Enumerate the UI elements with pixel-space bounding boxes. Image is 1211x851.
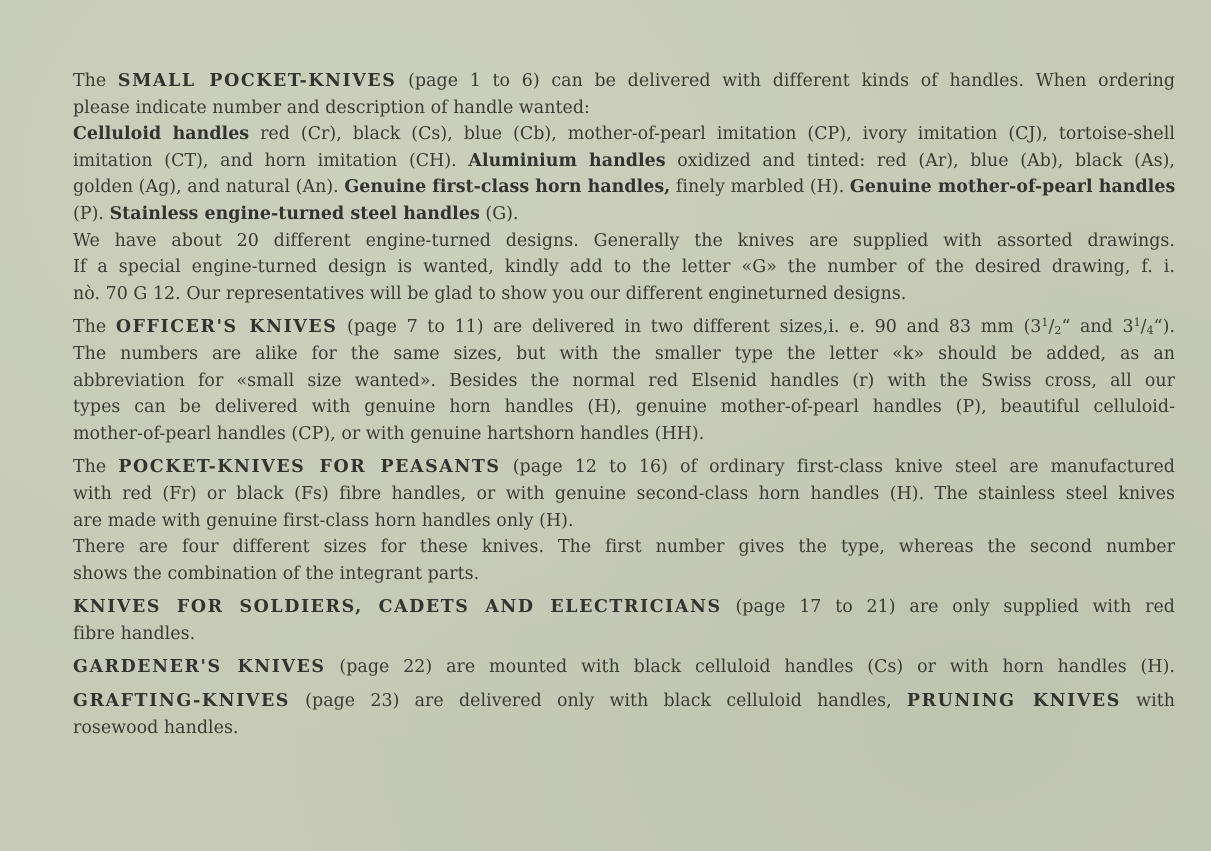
text-line: There are four different sizes for these… <box>73 534 1175 561</box>
text-line: The SMALL POCKET-KNIVES (page 1 to 6) ca… <box>73 68 1175 95</box>
paragraph-small-pocket-knives: The SMALL POCKET-KNIVES (page 1 to 6) ca… <box>73 68 1175 307</box>
text-line: KNIVES FOR SOLDIERS, CADETS AND ELECTRIC… <box>73 594 1175 621</box>
text-line: golden (Ag), and natural (An). Genuine f… <box>73 174 1175 201</box>
text-line: We have about 20 different engine-turned… <box>73 228 1175 255</box>
section-heading-pocket-knives-peasants: POCKET-KNIVES FOR PEASANTS <box>118 457 500 477</box>
paragraph-gardeners-knives: GARDENER'S KNIVES (page 22) are mounted … <box>73 654 1175 681</box>
text-line: If a special engine-turned design is wan… <box>73 254 1175 281</box>
paragraph-officers-knives: The OFFICER'S KNIVES (page 7 to 11) are … <box>73 314 1175 447</box>
text-line: Celluloid handles red (Cr), black (Cs), … <box>73 121 1175 148</box>
text-line: mother-of-pearl handles (CP), or with ge… <box>73 421 1175 448</box>
text-line: shows the combination of the integrant p… <box>73 561 1175 588</box>
section-heading-gardeners-knives: GARDENER'S KNIVES <box>73 657 326 677</box>
text-line: imitation (CT), and horn imitation (CH).… <box>73 148 1175 175</box>
body-text: The SMALL POCKET-KNIVES (page 1 to 6) ca… <box>73 68 1175 741</box>
text-line: abbreviation for «small size wanted». Be… <box>73 368 1175 395</box>
text-line: rosewood handles. <box>73 715 1175 742</box>
text-line: are made with genuine first-class horn h… <box>73 508 1175 535</box>
text-line: The OFFICER'S KNIVES (page 7 to 11) are … <box>73 314 1175 341</box>
paragraph-grafting-knives: GRAFTING-KNIVES (page 23) are delivered … <box>73 688 1175 741</box>
text-line: nò. 70 G 12. Our representatives will be… <box>73 281 1175 308</box>
section-heading-pruning-knives: PRUNING KNIVES <box>907 691 1121 711</box>
text-line: (P). Stainless engine-turned steel handl… <box>73 201 1175 228</box>
section-heading-soldiers-knives: KNIVES FOR SOLDIERS, CADETS AND ELECTRIC… <box>73 597 722 617</box>
text-line: with red (Fr) or black (Fs) fibre handle… <box>73 481 1175 508</box>
text-line: GRAFTING-KNIVES (page 23) are delivered … <box>73 688 1175 715</box>
paragraph-soldiers-knives: KNIVES FOR SOLDIERS, CADETS AND ELECTRIC… <box>73 594 1175 647</box>
text-line: please indicate number and description o… <box>73 95 1175 122</box>
text-line: The numbers are alike for the same sizes… <box>73 341 1175 368</box>
text-line: fibre handles. <box>73 621 1175 648</box>
section-heading-grafting-knives: GRAFTING-KNIVES <box>73 691 290 711</box>
section-heading-small-pocket-knives: SMALL POCKET-KNIVES <box>118 71 396 91</box>
catalog-page: The SMALL POCKET-KNIVES (page 1 to 6) ca… <box>0 0 1211 851</box>
text-line: types can be delivered with genuine horn… <box>73 394 1175 421</box>
paragraph-pocket-knives-peasants: The POCKET-KNIVES FOR PEASANTS (page 12 … <box>73 454 1175 587</box>
text-line: GARDENER'S KNIVES (page 22) are mounted … <box>73 654 1175 681</box>
text-line: The POCKET-KNIVES FOR PEASANTS (page 12 … <box>73 454 1175 481</box>
section-heading-officers-knives: OFFICER'S KNIVES <box>116 317 338 337</box>
